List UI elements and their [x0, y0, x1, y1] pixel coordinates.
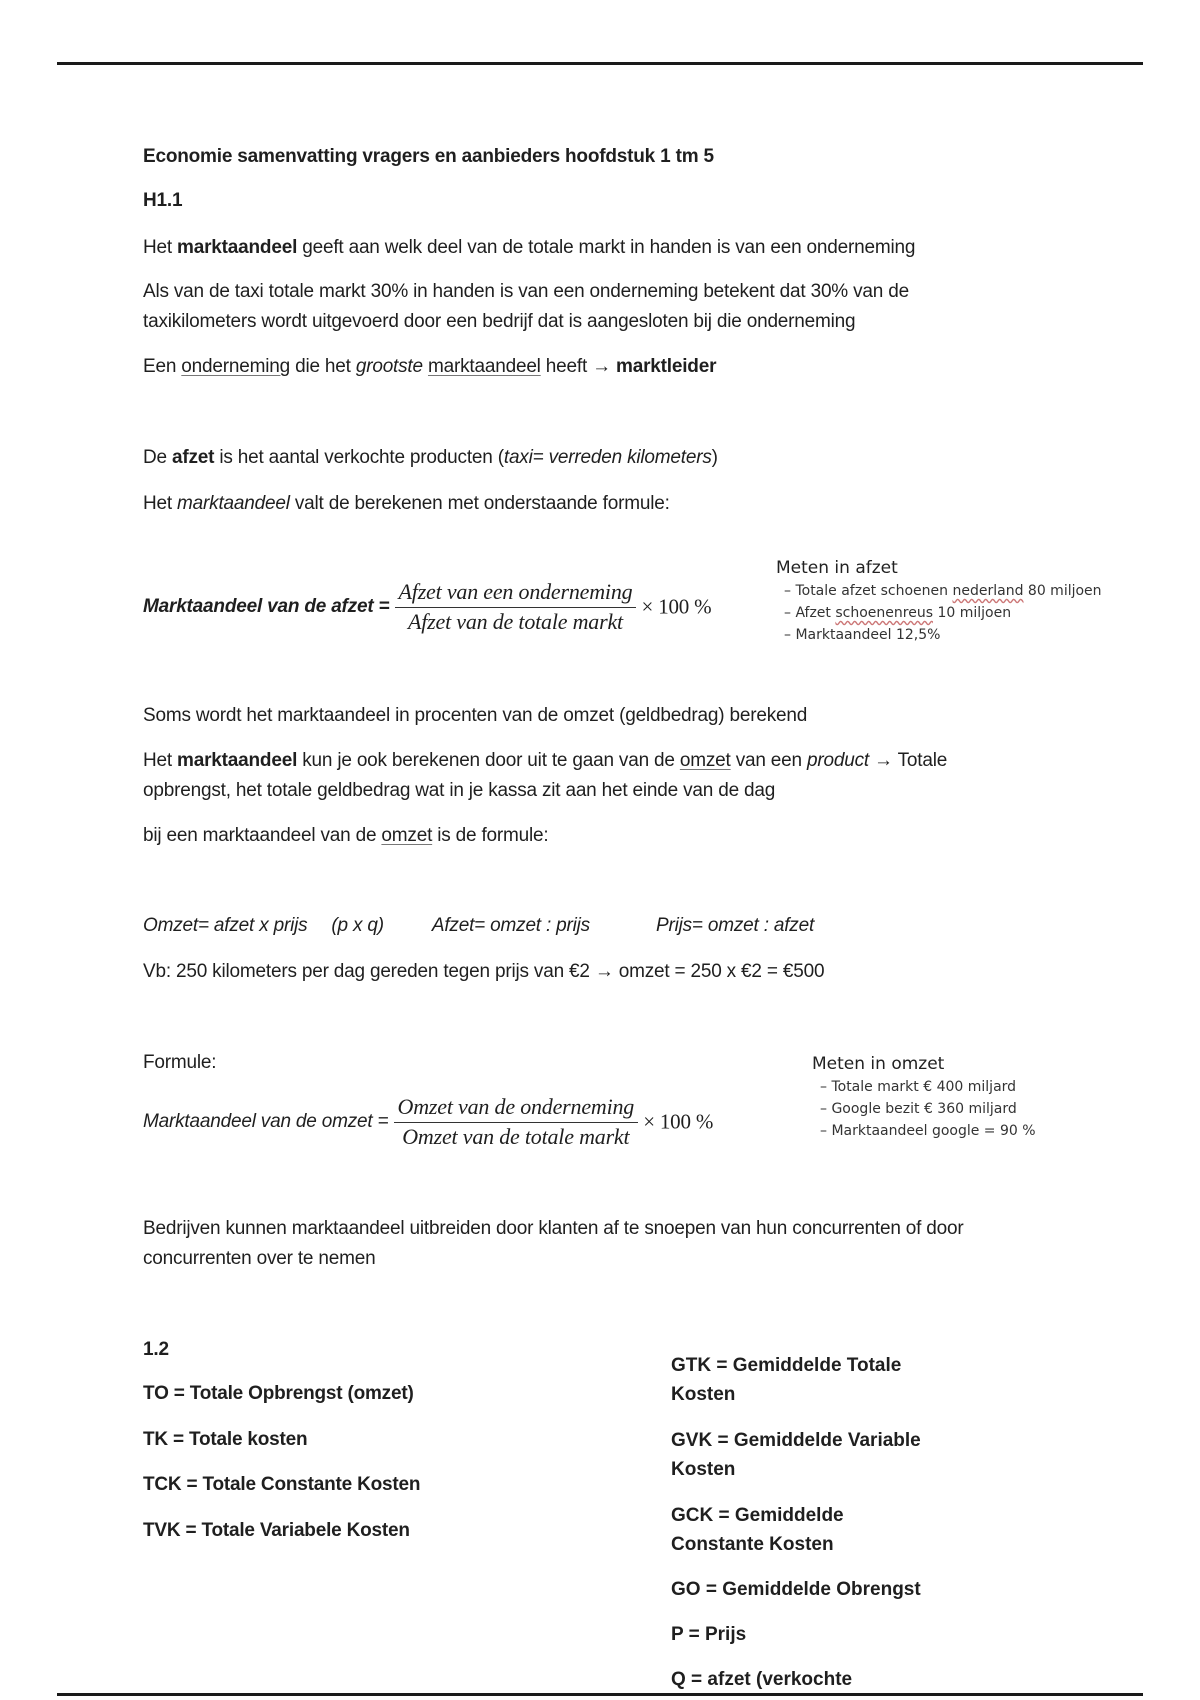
- fraction: Afzet van een ondernemingAfzet van de to…: [395, 578, 637, 636]
- bold-term: afzet: [172, 447, 214, 468]
- definition-tk: TK = Totale kosten: [143, 1425, 307, 1455]
- definition-gck: GCK = GemiddeldeConstante Kosten: [671, 1501, 844, 1559]
- example-calculation: Vb: 250 kilometers per dag gereden tegen…: [143, 957, 824, 987]
- text: is de formule:: [432, 825, 548, 846]
- text: Het: [143, 493, 177, 514]
- definition-tvk: TVK = Totale Variabele Kosten: [143, 1516, 410, 1546]
- text: kun je ook berekenen door uit te gaan va…: [297, 750, 680, 771]
- fraction: Omzet van de ondernemingOmzet van de tot…: [394, 1093, 639, 1151]
- paragraph-omzet-formula-intro: bij een marktaandeel van de omzet is de …: [143, 821, 548, 851]
- heading-1-2: 1.2: [143, 1335, 169, 1365]
- formula-marktaandeel-afzet: Marktaandeel van de afzet = Afzet van ee…: [143, 578, 711, 636]
- times-100-percent: × 100 %: [642, 595, 712, 619]
- definition-p: P = Prijs: [671, 1620, 746, 1649]
- text: 10 miljoen: [933, 605, 1011, 621]
- text: – Afzet: [784, 605, 835, 621]
- times-100-percent: × 100 %: [643, 1110, 713, 1134]
- underlined-term: omzet: [680, 750, 731, 771]
- arrow-right-icon: →: [869, 750, 898, 771]
- definition-q: Q = afzet (verkochte: [671, 1665, 852, 1694]
- text: ): [712, 447, 718, 468]
- document-title: Economie samenvatting vragers en aanbied…: [143, 142, 714, 172]
- paragraph-marktaandeel-definition: Het marktaandeel geeft aan welk deel van…: [143, 233, 915, 263]
- note-heading: Meten in omzet: [812, 1052, 1036, 1076]
- paragraph-taxi-line1: Als van de taxi totale markt 30% in hand…: [143, 277, 909, 307]
- paragraph-omzet-intro: Soms wordt het marktaandeel in procenten…: [143, 701, 807, 731]
- text: Totale: [898, 750, 948, 771]
- bold-term: marktaandeel: [177, 750, 297, 771]
- paragraph-omzet-product-line2: opbrengst, het totale geldbedrag wat in …: [143, 776, 775, 806]
- formule-label: Formule:: [143, 1048, 216, 1078]
- paragraph-taxi-line2: taxikilometers wordt uitgevoerd door een…: [143, 307, 855, 337]
- definition-go: GO = Gemiddelde Obrengst: [671, 1575, 921, 1604]
- paragraph-marktleider: Een onderneming die het grootste marktaa…: [143, 352, 716, 382]
- note-item: – Afzet schoenenreus 10 miljoen: [776, 602, 1102, 624]
- heading-h1-1: H1.1: [143, 186, 182, 216]
- text: De: [143, 447, 172, 468]
- text: Kosten: [671, 1455, 921, 1484]
- numerator: Afzet van een onderneming: [395, 578, 637, 608]
- definition-gvk: GVK = Gemiddelde VariableKosten: [671, 1426, 921, 1484]
- italic-term: marktaandeel: [177, 493, 290, 514]
- definition-to: TO = Totale Opbrengst (omzet): [143, 1379, 414, 1409]
- note-item: – Marktaandeel google = 90 %: [812, 1120, 1036, 1142]
- text: Het: [143, 750, 177, 771]
- paragraph-uitbreiden-line2: concurrenten over te nemen: [143, 1244, 375, 1274]
- text: Kosten: [671, 1380, 901, 1409]
- paragraph-afzet-definition: De afzet is het aantal verkochte product…: [143, 443, 718, 473]
- italic-term: product: [807, 750, 869, 771]
- note-meten-in-afzet: Meten in afzet – Totale afzet schoenen n…: [776, 556, 1102, 646]
- paragraph-formula-intro: Het marktaandeel valt de berekenen met o…: [143, 489, 670, 519]
- text: GVK = Gemiddelde Variable: [671, 1426, 921, 1455]
- note-item: – Totale afzet schoenen nederland 80 mil…: [776, 580, 1102, 602]
- text: geeft aan welk deel van de totale markt …: [297, 237, 915, 258]
- paragraph-uitbreiden-line1: Bedrijven kunnen marktaandeel uitbreiden…: [143, 1214, 964, 1244]
- denominator: Afzet van de totale markt: [395, 608, 637, 636]
- text: GCK = Gemiddelde: [671, 1501, 844, 1530]
- underlined-term: onderneming: [181, 356, 290, 377]
- note-meten-in-omzet: Meten in omzet – Totale markt € 400 milj…: [812, 1052, 1036, 1142]
- underlined-term: marktaandeel: [428, 356, 541, 377]
- arrow-right-icon: →: [592, 356, 611, 377]
- note-item: – Google bezit € 360 miljard: [812, 1098, 1036, 1120]
- misspelled-word: nederland: [952, 583, 1023, 599]
- text: valt de berekenen met onderstaande formu…: [290, 493, 670, 514]
- text: bij een marktaandeel van de: [143, 825, 381, 846]
- numerator: Omzet van de onderneming: [394, 1093, 639, 1123]
- underlined-term: omzet: [381, 825, 432, 846]
- definition-tck: TCK = Totale Constante Kosten: [143, 1470, 420, 1500]
- footer-rule: [57, 1693, 1143, 1696]
- text: is het aantal verkochte producten (: [214, 447, 504, 468]
- note-item: – Totale markt € 400 miljard: [812, 1076, 1036, 1098]
- paragraph-omzet-product: Het marktaandeel kun je ook berekenen do…: [143, 746, 947, 776]
- bold-term: marktaandeel: [177, 237, 297, 258]
- definition-gtk: GTK = Gemiddelde TotaleKosten: [671, 1351, 901, 1409]
- formula-pxq: (p x q): [331, 915, 383, 936]
- text: heeft: [541, 356, 592, 377]
- header-rule: [57, 62, 1143, 65]
- bold-term: marktleider: [611, 356, 716, 377]
- formula-marktaandeel-omzet: Marktaandeel van de omzet = Omzet van de…: [143, 1093, 713, 1151]
- text: van een: [731, 750, 807, 771]
- text: 80 miljoen: [1023, 583, 1101, 599]
- text: die het: [290, 356, 356, 377]
- note-heading: Meten in afzet: [776, 556, 1102, 580]
- formula-prijs: Prijs= omzet : afzet: [656, 915, 814, 936]
- italic-term: taxi= verreden kilometers: [504, 447, 712, 468]
- text: Het: [143, 237, 177, 258]
- italic-term: grootste: [356, 356, 423, 377]
- formula-afzet: Afzet= omzet : prijs: [432, 915, 590, 936]
- denominator: Omzet van de totale markt: [394, 1123, 639, 1151]
- text: Constante Kosten: [671, 1530, 844, 1559]
- text: GTK = Gemiddelde Totale: [671, 1351, 901, 1380]
- inline-formulas: Omzet= afzet x prijs(p x q)Afzet= omzet …: [143, 911, 814, 941]
- text: – Totale afzet schoenen: [784, 583, 952, 599]
- note-item: – Marktaandeel 12,5%: [776, 624, 1102, 646]
- formula-label: Marktaandeel van de afzet =: [143, 596, 389, 617]
- text: Een: [143, 356, 181, 377]
- formula-label: Marktaandeel van de omzet =: [143, 1111, 388, 1132]
- formula-omzet: Omzet= afzet x prijs: [143, 915, 307, 936]
- misspelled-word: schoenenreus: [835, 605, 933, 621]
